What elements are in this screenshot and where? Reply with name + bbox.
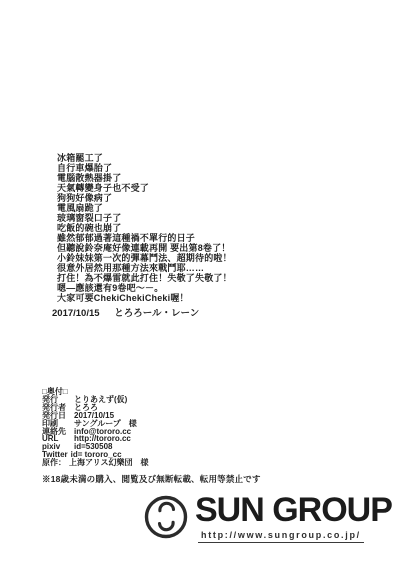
colophon-block: □奥付□ 発行とりあえず(仮) 発行者とろろ 発行日2017/10/15 印刷サ… — [42, 388, 149, 467]
age-restriction-notice: ※18歳未満の購入、閲覧及び無断転載、転用等禁止です — [42, 473, 261, 485]
afterword-line: 玻璃窗裂口子了 — [57, 213, 232, 223]
afterword-text: 冰箱罷工了 自行車爆胎了 電腦散熱器掛了 天氣轉變身子也不受了 狗狗好像病了 電… — [57, 153, 232, 303]
colophon-row: 原作：上海アリス幻樂団 様 — [42, 459, 149, 467]
afterword-line: 狗狗好像病了 — [57, 193, 232, 203]
printer-name: SUN GROUP — [195, 493, 392, 527]
afterword-line: 大家可要ChekiChekiCheki喔！ — [57, 293, 232, 303]
colophon-label: 原作： — [42, 459, 66, 467]
afterword-line: 吃飯的碗也崩了 — [57, 223, 232, 233]
circle-name: とろろール・レーン — [114, 308, 199, 319]
scanned-colophon-page: 冰箱罷工了 自行車爆胎了 電腦散熱器掛了 天氣轉變身子也不受了 狗狗好像病了 電… — [0, 0, 400, 562]
afterword-line: 很意外居然用那種方法來戰鬥耶…… — [57, 263, 232, 273]
afterword-line: 自行車爆胎了 — [57, 163, 232, 173]
afterword-line: 天氣轉變身子也不受了 — [57, 183, 232, 193]
afterword-line: 但聽說鈴奈庵好像連載再開 要出第8卷了！ — [57, 243, 232, 253]
colophon-value: 上海アリス幻樂団 様 — [69, 458, 149, 467]
sun-group-emblem-icon — [143, 494, 189, 540]
date-signature-line: 2017/10/15 とろろール・レーン — [52, 305, 199, 319]
printer-url: http://www.sungroup.co.jp/ — [198, 530, 364, 543]
afterword-line: 冰箱罷工了 — [57, 153, 232, 163]
afterword-line: 打住！為不爆雷就此打住！失敬了失敬了！ — [57, 273, 232, 283]
publication-date: 2017/10/15 — [52, 308, 100, 319]
afterword-line: 電腦散熱器掛了 — [57, 173, 232, 183]
afterword-line: 小鈴妹妹第一次的彈幕鬥法、超期待的啦！ — [57, 253, 232, 263]
afterword-line: 電風扇跪了 — [57, 203, 232, 213]
printer-logo: SUN GROUP http://www.sungroup.co.jp/ — [143, 493, 393, 553]
afterword-line: 嗯—應該還有9卷吧～－。 — [57, 283, 232, 293]
afterword-line: 雖然郁郁過著這種禍不單行的日子 — [57, 233, 232, 243]
